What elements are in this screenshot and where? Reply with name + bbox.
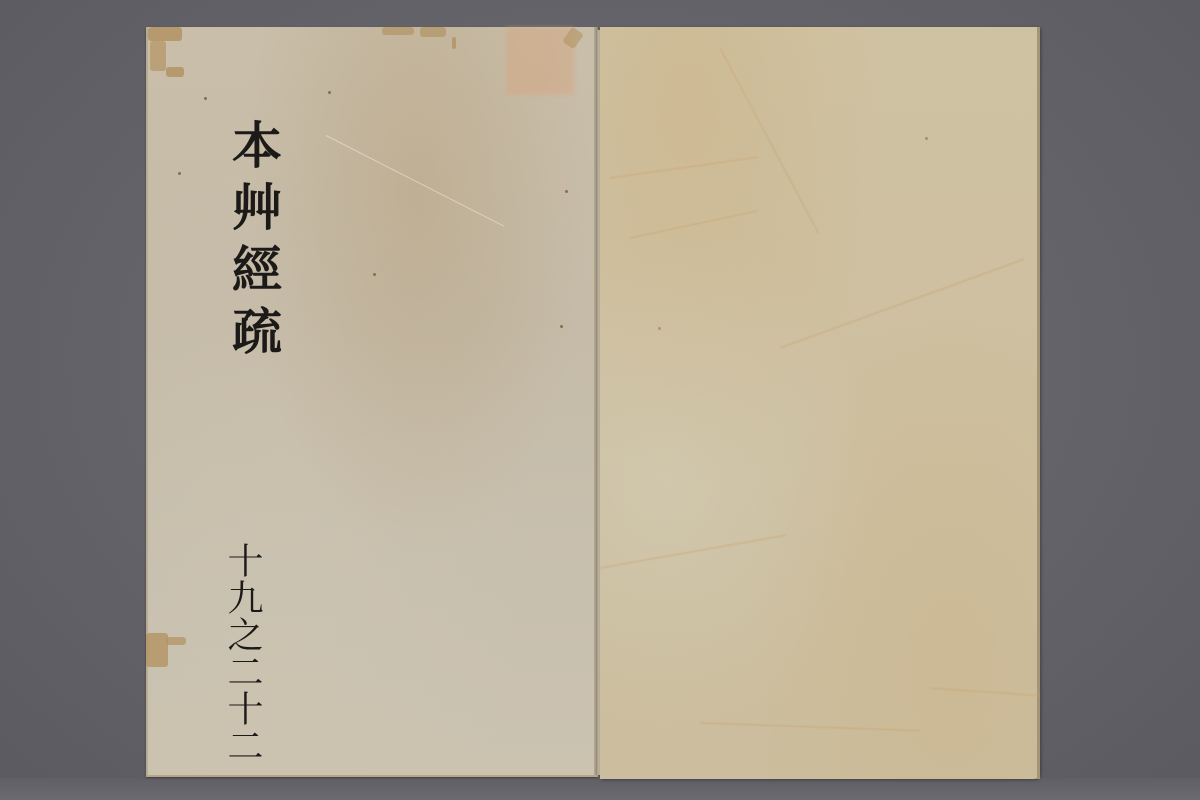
water-mark-line	[780, 258, 1025, 349]
stain-lower-left	[146, 633, 168, 667]
volume-number-label: 十九之二十二	[210, 542, 260, 764]
blank-first-page	[600, 27, 1040, 779]
stain-top-left-small	[166, 67, 184, 77]
water-mark-line	[630, 210, 758, 239]
stain-top-left	[148, 27, 182, 41]
speck	[560, 325, 563, 328]
speck	[204, 97, 207, 100]
book-title-label: 本艸經疏	[208, 119, 278, 367]
stain-lower-left-tail	[166, 637, 186, 645]
speck	[658, 327, 661, 330]
paper-scratch	[326, 135, 505, 227]
speck	[178, 172, 181, 175]
water-mark-line	[719, 48, 819, 234]
water-mark-line	[600, 534, 787, 569]
backdrop-bottom-band	[0, 778, 1200, 800]
speck	[373, 273, 376, 276]
stain-top-middle-3	[452, 37, 456, 49]
stain-top-middle-2	[420, 27, 446, 37]
water-mark-line	[930, 687, 1040, 697]
book-cover: 本艸經疏 十九之二十二	[146, 27, 598, 777]
water-mark-line	[700, 722, 920, 732]
speck	[925, 137, 928, 140]
stain-top-middle-1	[382, 27, 414, 35]
speck	[328, 91, 331, 94]
stain-top-left-drip	[150, 41, 166, 71]
page-right-edge	[1037, 27, 1040, 779]
water-mark-line	[610, 156, 759, 179]
speck	[565, 190, 568, 193]
